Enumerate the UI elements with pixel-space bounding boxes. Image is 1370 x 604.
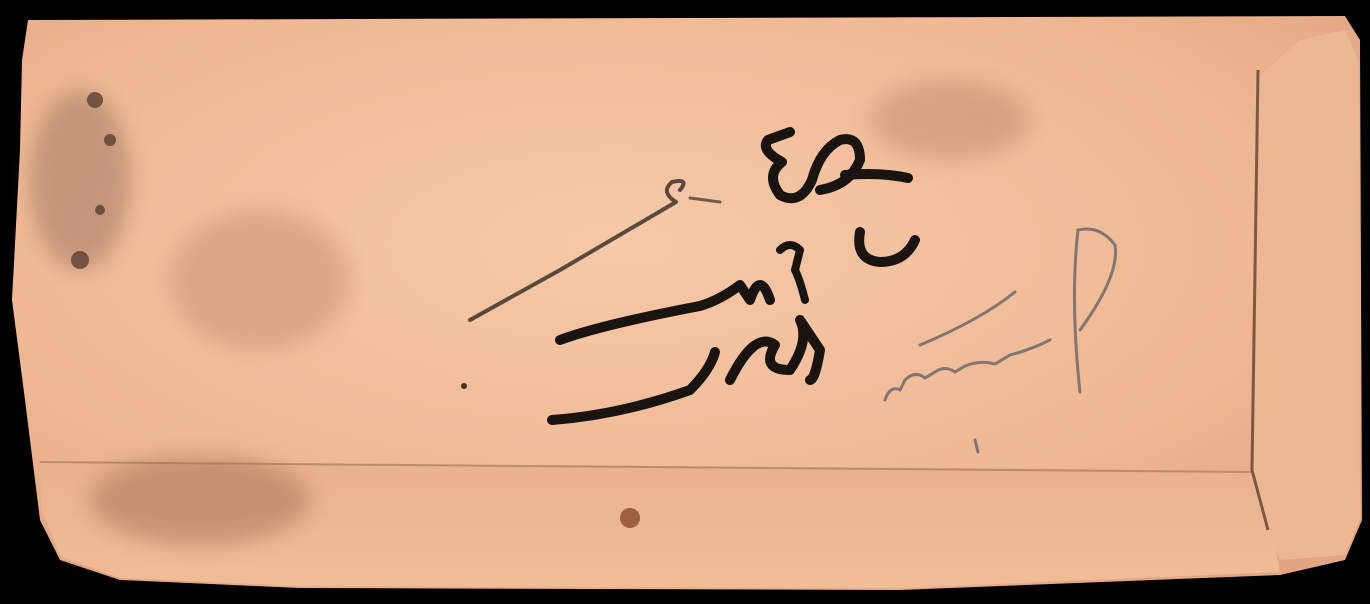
envelope-photo <box>0 0 1370 604</box>
side-flap <box>1252 30 1360 560</box>
envelope <box>12 16 1362 590</box>
